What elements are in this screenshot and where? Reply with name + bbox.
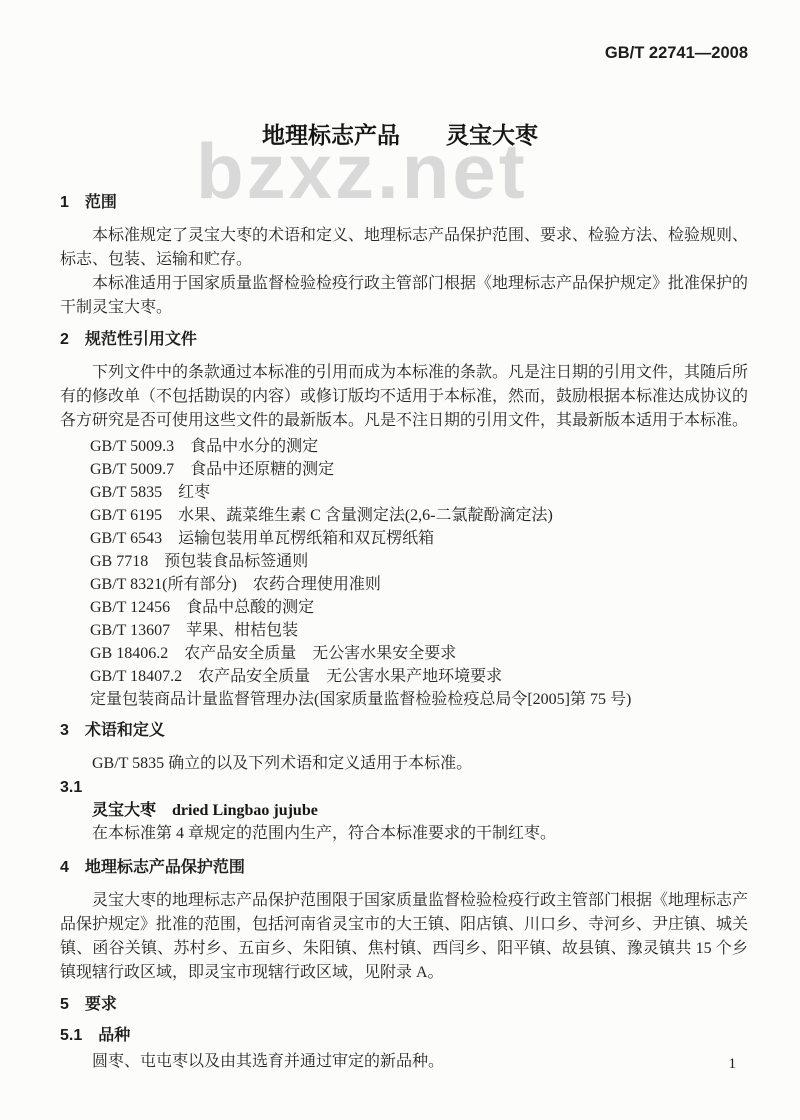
document-body: 1 范围 本标准规定了灵宝大枣的术语和定义、地理标志产品保护范围、要求、检验方法… bbox=[60, 194, 748, 1073]
reference-item: GB/T 6195 水果、蔬菜维生素 C 含量测定法(2,6-二氯靛酚滴定法) bbox=[90, 504, 748, 527]
section-3-heading: 3 术语和定义 bbox=[60, 722, 748, 739]
section-2-heading: 2 规范性引用文件 bbox=[60, 331, 748, 348]
section-5-heading: 5 要求 bbox=[60, 996, 748, 1013]
clause-3-1-number: 3.1 bbox=[60, 776, 748, 799]
reference-item: GB/T 18407.2 农产品安全质量 无公害水果产地环境要求 bbox=[90, 665, 748, 688]
reference-item: GB/T 6543 运输包装用单瓦楞纸箱和双瓦楞纸箱 bbox=[90, 527, 748, 550]
reference-item: GB 18406.2 农产品安全质量 无公害水果安全要求 bbox=[90, 642, 748, 665]
page-number: 1 bbox=[729, 1056, 737, 1073]
reference-item: GB 7718 预包装食品标签通则 bbox=[90, 550, 748, 573]
reference-item: GB/T 13607 苹果、柑桔包装 bbox=[90, 619, 748, 642]
document-title: 地理标志产品 灵宝大枣 bbox=[0, 120, 800, 150]
reference-item: GB/T 5009.7 食品中还原糖的测定 bbox=[90, 458, 748, 481]
reference-item: GB/T 8321(所有部分) 农药合理使用准则 bbox=[90, 573, 748, 596]
section-1-heading: 1 范围 bbox=[60, 194, 748, 211]
section-2-intro: 下列文件中的条款通过本标准的引用而成为本标准的条款。凡是注日期的引用文件，其随后… bbox=[60, 361, 748, 433]
section-4-paragraph-1: 灵宝大枣的地理标志产品保护范围限于国家质量监督检验检疫行政主管部门根据《地理标志… bbox=[60, 889, 748, 985]
standard-code: GB/T 22741—2008 bbox=[605, 44, 748, 63]
reference-item: GB/T 5835 红枣 bbox=[90, 481, 748, 504]
reference-item: GB/T 5009.3 食品中水分的测定 bbox=[90, 435, 748, 458]
section-3-intro: GB/T 5835 确立的以及下列术语和定义适用于本标准。 bbox=[60, 752, 748, 776]
reference-list: GB/T 5009.3 食品中水分的测定 GB/T 5009.7 食品中还原糖的… bbox=[60, 435, 748, 711]
clause-5-1-heading: 5.1 品种 bbox=[60, 1027, 748, 1044]
document-page: bzxz.net GB/T 22741—2008 地理标志产品 灵宝大枣 1 范… bbox=[0, 0, 800, 1120]
reference-item: GB/T 12456 食品中总酸的测定 bbox=[90, 596, 748, 619]
term-definition-text: 在本标准第 4 章规定的范围内生产，符合本标准要求的干制红枣。 bbox=[92, 822, 748, 845]
term-definition-title: 灵宝大枣 dried Lingbao jujube bbox=[92, 799, 748, 822]
section-4-heading: 4 地理标志产品保护范围 bbox=[60, 859, 748, 876]
clause-5-1-text: 圆枣、屯屯枣以及由其选育并通过审定的新品种。 bbox=[92, 1050, 748, 1073]
section-1-paragraph-1: 本标准规定了灵宝大枣的术语和定义、地理标志产品保护范围、要求、检验方法、检验规则… bbox=[60, 224, 748, 272]
reference-item: 定量包装商品计量监督管理办法(国家质量监督检验检疫总局令[2005]第 75 号… bbox=[90, 688, 748, 711]
section-1-paragraph-2: 本标准适用于国家质量监督检验检疫行政主管部门根据《地理标志产品保护规定》批准保护… bbox=[60, 272, 748, 320]
